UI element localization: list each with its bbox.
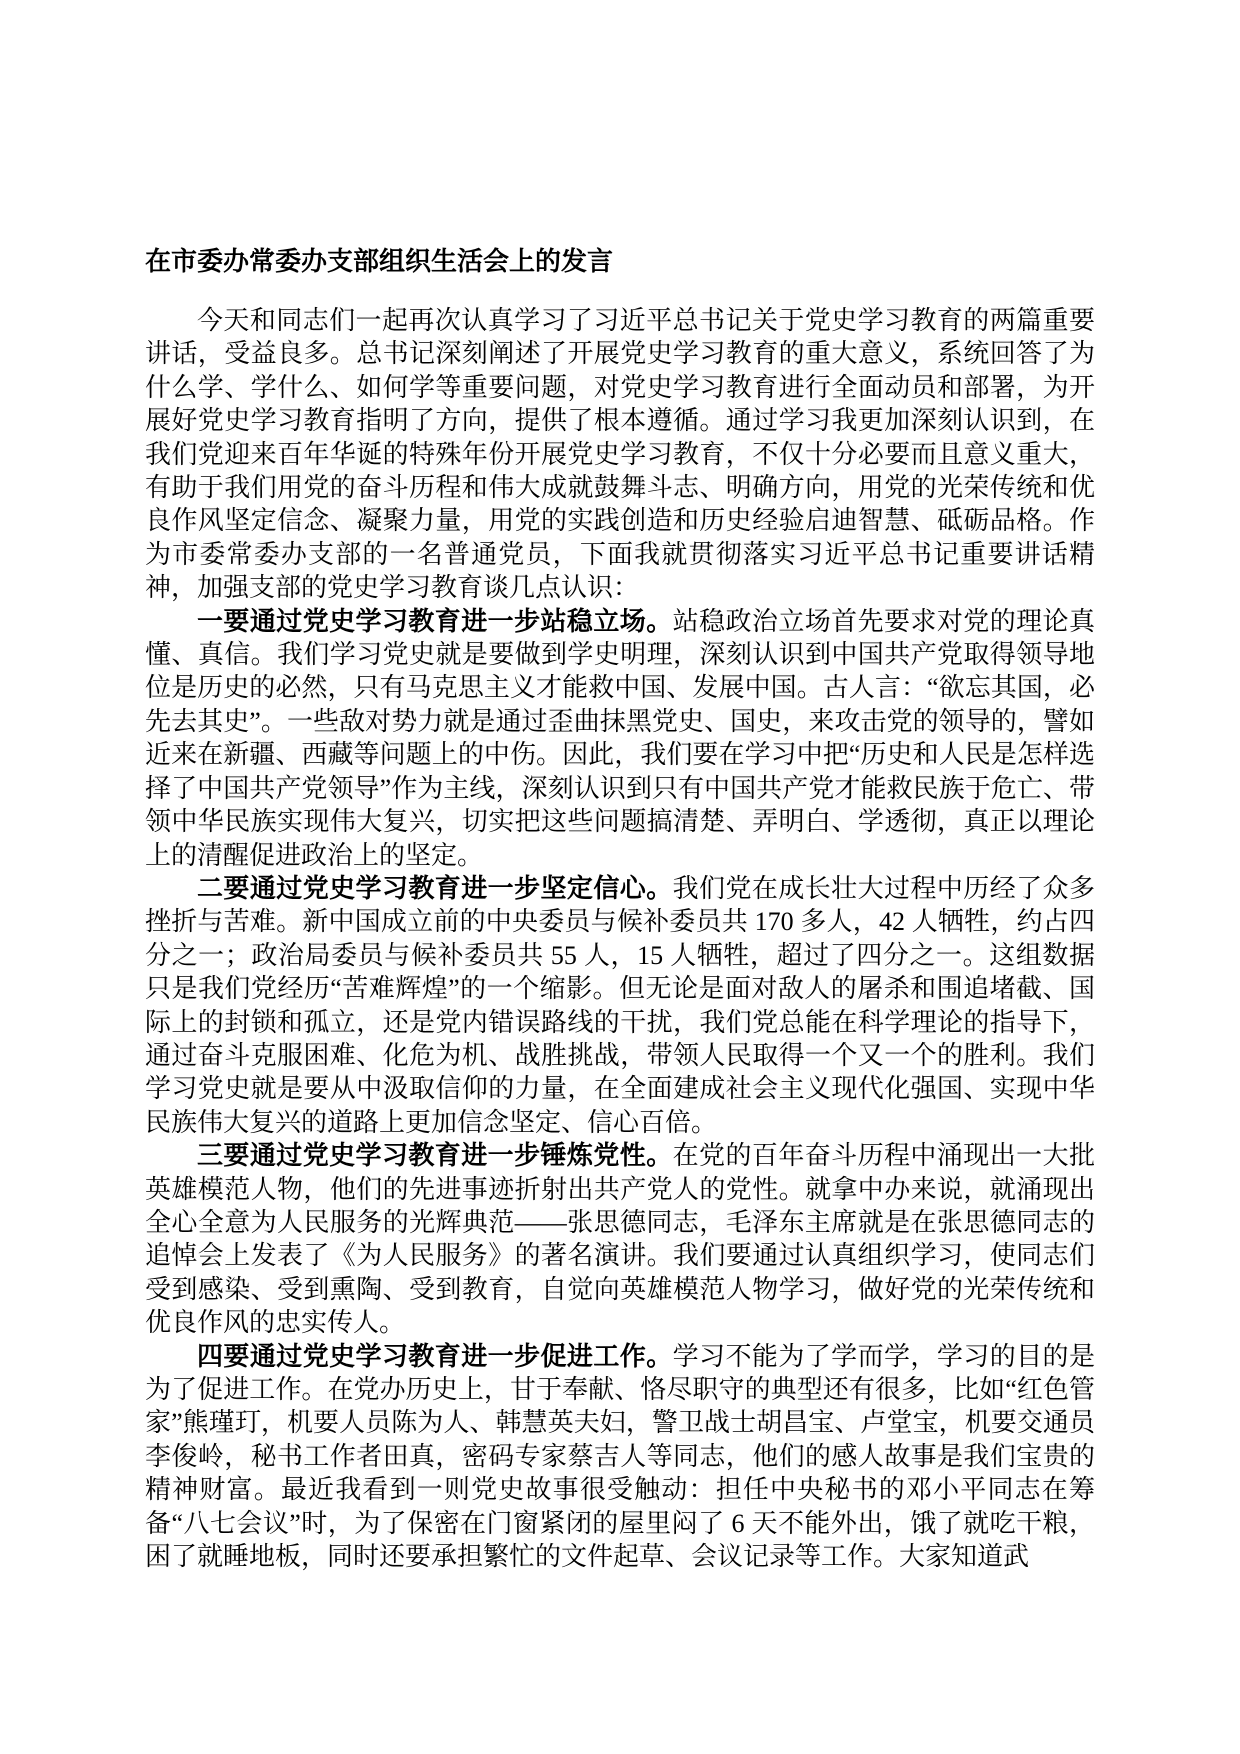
paragraph-point-1: 一要通过党史学习教育进一步站稳立场。站稳政治立场首先要求对党的理论真懂、真信。我… [145,605,1095,872]
document-title: 在市委办常委办支部组织生活会上的发言 [145,246,1095,277]
paragraph-point-1-text: 站稳政治立场首先要求对党的理论真懂、真信。我们学习党史就是要做到学史明理，深刻认… [145,607,1095,870]
paragraph-point-1-lead: 一要通过党史学习教育进一步站稳立场。 [197,606,673,636]
paragraph-point-3-lead: 三要通过党史学习教育进一步锤炼党性。 [197,1140,673,1170]
paragraph-point-2-text: 我们党在成长壮大过程中历经了众多挫折与苦难。新中国成立前的中央委员与候补委员共 … [145,874,1095,1137]
paragraph-point-3: 三要通过党史学习教育进一步锤炼党性。在党的百年奋斗历程中涌现出一大批英雄模范人物… [145,1139,1095,1339]
paragraph-intro-text: 今天和同志们一起再次认真学习了习近平总书记关于党史学习教育的两篇重要讲话，受益良… [145,306,1095,602]
paragraph-point-2-lead: 二要通过党史学习教育进一步坚定信心。 [197,873,673,903]
paragraph-point-4: 四要通过党史学习教育进一步促进工作。学习不能为了学而学，学习的目的是为了促进工作… [145,1340,1095,1574]
paragraph-point-2: 二要通过党史学习教育进一步坚定信心。我们党在成长壮大过程中历经了众多挫折与苦难。… [145,872,1095,1139]
document-page: 在市委办常委办支部组织生活会上的发言 今天和同志们一起再次认真学习了习近平总书记… [0,0,1240,1754]
paragraph-point-4-text: 学习不能为了学而学，学习的目的是为了促进工作。在党办历史上，甘于奉献、恪尽职守的… [145,1342,1095,1571]
paragraph-point-3-text: 在党的百年奋斗历程中涌现出一大批英雄模范人物，他们的先进事迹折射出共产党人的党性… [145,1141,1095,1337]
paragraph-point-4-lead: 四要通过党史学习教育进一步促进工作。 [197,1341,673,1371]
paragraph-intro: 今天和同志们一起再次认真学习了习近平总书记关于党史学习教育的两篇重要讲话，受益良… [145,304,1095,605]
